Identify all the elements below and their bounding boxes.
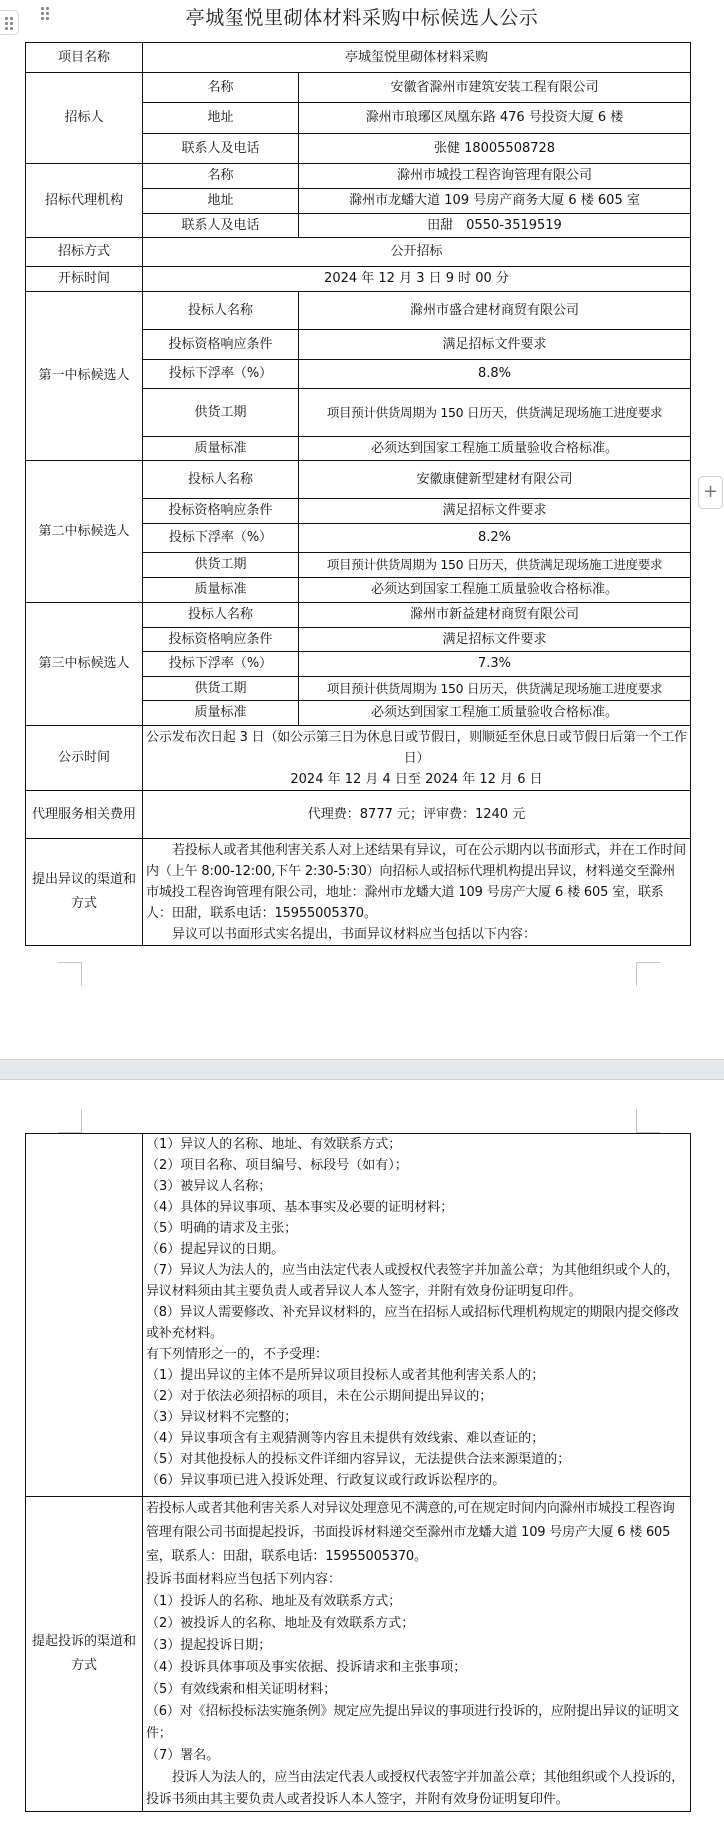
publicity-dates: 2024 年 12 月 4 日至 2024 年 12 月 6 日 (145, 769, 688, 790)
list-item: （3）提起投诉日期； (146, 1635, 687, 1657)
table-row: 提出异议的渠道和方式 若投标人或者其他利害关系人对上述结果有异议，可在公示期内以… (26, 839, 691, 946)
candidate-field-label: 投标人名称 (143, 603, 299, 628)
agency-address-label: 地址 (143, 189, 299, 214)
objection-lead: 异议可以书面形式实名提出，书面异议材料应当包括以下内容： (146, 924, 687, 945)
list-item: （4）具体的异议事项、基本事实及必要的证明材料； (146, 1197, 687, 1218)
list-item: （6）异议事项已进入投诉处理、行政复议或行政诉讼程序的。 (146, 1470, 687, 1491)
candidate-field-value: 滁州市盛合建材商贸有限公司 (299, 292, 691, 330)
objection-label-continued (26, 1134, 143, 1497)
candidate-field-label: 供货工期 (143, 677, 299, 701)
candidate-field-label: 供货工期 (143, 553, 299, 578)
tenderer-address-label: 地址 (143, 103, 299, 134)
objection-intro: 若投标人或者其他利害关系人对上述结果有异议，可在公示期内以书面形式，并在工作时间… (146, 840, 687, 924)
candidate-field-value: 项目预计供货周期为 150 日历天，供货满足现场施工进度要求 (299, 553, 691, 578)
table-row: 第一中标候选人 投标人名称 滁州市盛合建材商贸有限公司 (26, 292, 691, 330)
candidate-field-value: 滁州市新益建材商贸有限公司 (299, 603, 691, 628)
list-item: （6）对《招标投标法实施条例》规定应先提出异议的事项进行投诉的，应附提出异议的证… (146, 1701, 687, 1745)
candidate-1-label: 第一中标候选人 (26, 292, 143, 461)
page-corner-mark (58, 1109, 82, 1133)
page-corner-mark (58, 962, 82, 986)
candidate-field-value: 满足招标文件要求 (299, 628, 691, 652)
list-item: （2）对于依法必须招标的项目，未在公示期间提出异议的； (146, 1386, 687, 1407)
table-row: （1）异议人的名称、地址、有效联系方式； （2）项目名称、项目编号、标段号（如有… (26, 1134, 691, 1497)
candidate-field-value: 必须达到国家工程施工质量验收合格标准。 (299, 437, 691, 461)
table-row: 第三中标候选人 投标人名称 滁州市新益建材商贸有限公司 (26, 603, 691, 628)
list-item: （1）异议人的名称、地址、有效联系方式； (146, 1134, 687, 1155)
agency-contact-value: 田甜 0550-3519519 (299, 214, 691, 238)
candidate-field-value: 项目预计供货周期为 150 日历天，供货满足现场施工进度要求 (299, 389, 691, 437)
candidate-field-value: 8.2% (299, 524, 691, 553)
candidate-field-value: 满足招标文件要求 (299, 330, 691, 360)
announcement-table-page1: 项目名称 亭城玺悦里砌体材料采购 招标人 名称 安徽省滁州市建筑安装工程有限公司… (25, 42, 691, 946)
list-item: （4）投诉具体事项及事实依据、投诉请求和主张事项； (146, 1657, 687, 1679)
table-row: 代理服务相关费用 代理费：8777 元；评审费：1240 元 (26, 791, 691, 839)
candidate-field-label: 质量标准 (143, 437, 299, 461)
page-separator (0, 1059, 724, 1080)
agency-contact-label: 联系人及电话 (143, 214, 299, 238)
list-item: （2）被投诉人的名称、地址及有效联系方式； (146, 1613, 687, 1635)
tenderer-contact-value: 张健 18005508728 (299, 134, 691, 164)
table-row: 开标时间 2024 年 12 月 3 日 9 时 00 分 (26, 267, 691, 292)
candidate-field-label: 投标资格响应条件 (143, 330, 299, 360)
page-corner-mark (636, 962, 660, 986)
list-item: （7）异议人为法人的，应当由法定代表人或授权代表签字并加盖公章；为其他组织或个人… (146, 1260, 687, 1302)
candidate-field-label: 投标人名称 (143, 292, 299, 330)
tenderer-contact-label: 联系人及电话 (143, 134, 299, 164)
complaint-label: 提起投诉的渠道和方式 (26, 1497, 143, 1812)
project-name-value: 亭城玺悦里砌体材料采购 (143, 43, 691, 73)
announcement-table-page2: （1）异议人的名称、地址、有效联系方式； （2）项目名称、项目编号、标段号（如有… (25, 1133, 691, 1812)
agency-label: 招标代理机构 (26, 164, 143, 238)
list-item: （4）异议事项含有主观猜测等内容且未提供有效线索、难以查证的； (146, 1428, 687, 1449)
list-item: （5）对其他投标人的投标文件详细内容异议，无法提供合法来源渠道的； (146, 1449, 687, 1470)
objection-content: 若投标人或者其他利害关系人对上述结果有异议，可在公示期内以书面形式，并在工作时间… (143, 839, 691, 946)
fee-value: 代理费：8777 元；评审费：1240 元 (143, 791, 691, 839)
list-item: （1）提出异议的主体不是所异议项目投标人或者其他利害关系人的； (146, 1365, 687, 1386)
table-row: 招标方式 公开招标 (26, 238, 691, 267)
tenderer-name-label: 名称 (143, 73, 299, 103)
list-item: （2）项目名称、项目编号、标段号（如有）； (146, 1155, 687, 1176)
candidate-field-label: 投标下浮率（%） (143, 524, 299, 553)
candidate-field-value: 安徽康健新型建材有限公司 (299, 461, 691, 499)
table-row: 招标代理机构 名称 滁州市城投工程咨询管理有限公司 (26, 164, 691, 189)
candidate-field-label: 投标资格响应条件 (143, 628, 299, 652)
candidate-field-label: 投标资格响应条件 (143, 499, 299, 524)
tenderer-label: 招标人 (26, 73, 143, 164)
complaint-lead: 投诉书面材料应当包括下列内容： (146, 1569, 687, 1591)
candidate-3-label: 第三中标候选人 (26, 603, 143, 726)
list-item: （5）有效线索和相关证明材料； (146, 1679, 687, 1701)
candidate-field-label: 投标下浮率（%） (143, 360, 299, 389)
candidate-field-value: 项目预计供货周期为 150 日历天，供货满足现场施工进度要求 (299, 677, 691, 701)
fee-label: 代理服务相关费用 (26, 791, 143, 839)
complaint-intro: 若投标人或者其他利害关系人对异议处理意见不满意的,可在规定时间内向滁州市城投工程… (146, 1497, 687, 1569)
agency-address-value: 滁州市龙蟠大道 109 号房产商务大厦 6 楼 605 室 (299, 189, 691, 214)
tenderer-name-value: 安徽省滁州市建筑安装工程有限公司 (299, 73, 691, 103)
table-row: 项目名称 亭城玺悦里砌体材料采购 (26, 43, 691, 73)
table-row: 提起投诉的渠道和方式 若投标人或者其他利害关系人对异议处理意见不满意的,可在规定… (26, 1497, 691, 1812)
page-corner-mark (636, 1109, 660, 1133)
list-item: （7）署名。 (146, 1745, 687, 1767)
candidate-field-label: 质量标准 (143, 578, 299, 603)
table-row: 第二中标候选人 投标人名称 安徽康健新型建材有限公司 (26, 461, 691, 499)
candidate-field-value: 必须达到国家工程施工质量验收合格标准。 (299, 578, 691, 603)
method-label: 招标方式 (26, 238, 143, 267)
page-title: 亭城玺悦里砌体材料采购中标候选人公示 (0, 5, 724, 31)
candidate-field-value: 满足招标文件要求 (299, 499, 691, 524)
tenderer-address-value: 滁州市琅琊区凤凰东路 476 号投资大厦 6 楼 (299, 103, 691, 134)
open-time-label: 开标时间 (26, 267, 143, 292)
publicity-value: 公示发布次日起 3 日（如公示第三日为休息日或节假日，则顺延至休息日或节假日后第… (143, 726, 691, 791)
list-item: （1）投诉人的名称、地址及有效联系方式； (146, 1591, 687, 1613)
table-row: 招标人 名称 安徽省滁州市建筑安装工程有限公司 (26, 73, 691, 103)
candidate-field-label: 投标下浮率（%） (143, 652, 299, 677)
add-block-button[interactable]: + (698, 476, 723, 509)
agency-name-label: 名称 (143, 164, 299, 189)
list-item: （6）提起异议的日期。 (146, 1239, 687, 1260)
table-row: 公示时间 公示发布次日起 3 日（如公示第三日为休息日或节假日，则顺延至休息日或… (26, 726, 691, 791)
reject-lead: 有下列情形之一的，不予受理： (146, 1344, 687, 1365)
candidate-2-label: 第二中标候选人 (26, 461, 143, 603)
list-item: （3）被异议人名称； (146, 1176, 687, 1197)
candidate-field-label: 质量标准 (143, 701, 299, 726)
complaint-content: 若投标人或者其他利害关系人对异议处理意见不满意的,可在规定时间内向滁州市城投工程… (143, 1497, 691, 1812)
list-item: （8）异议人需要修改、补充异议材料的，应当在招标人或招标代理机构规定的期限内提交… (146, 1302, 687, 1344)
plus-icon: + (703, 481, 718, 502)
candidate-field-value: 必须达到国家工程施工质量验收合格标准。 (299, 701, 691, 726)
project-name-label: 项目名称 (26, 43, 143, 73)
candidate-field-label: 供货工期 (143, 389, 299, 437)
method-value: 公开招标 (143, 238, 691, 267)
objection-label: 提出异议的渠道和方式 (26, 839, 143, 946)
candidate-field-value: 8.8% (299, 360, 691, 389)
publicity-period-text: 公示发布次日起 3 日（如公示第三日为休息日或节假日，则顺延至休息日或节假日后第… (145, 727, 688, 769)
publicity-label: 公示时间 (26, 726, 143, 791)
list-item: （5）明确的请求及主张； (146, 1218, 687, 1239)
agency-name-value: 滁州市城投工程咨询管理有限公司 (299, 164, 691, 189)
list-item: （3）异议材料不完整的； (146, 1407, 687, 1428)
objection-content-continued: （1）异议人的名称、地址、有效联系方式； （2）项目名称、项目编号、标段号（如有… (143, 1134, 691, 1497)
open-time-value: 2024 年 12 月 3 日 9 时 00 分 (143, 267, 691, 292)
candidate-field-label: 投标人名称 (143, 461, 299, 499)
complaint-closing: 投诉人为法人的，应当由法定代表人或授权代表签字并加盖公章；其他组织或个人投诉的，… (146, 1767, 687, 1811)
candidate-field-value: 7.3% (299, 652, 691, 677)
